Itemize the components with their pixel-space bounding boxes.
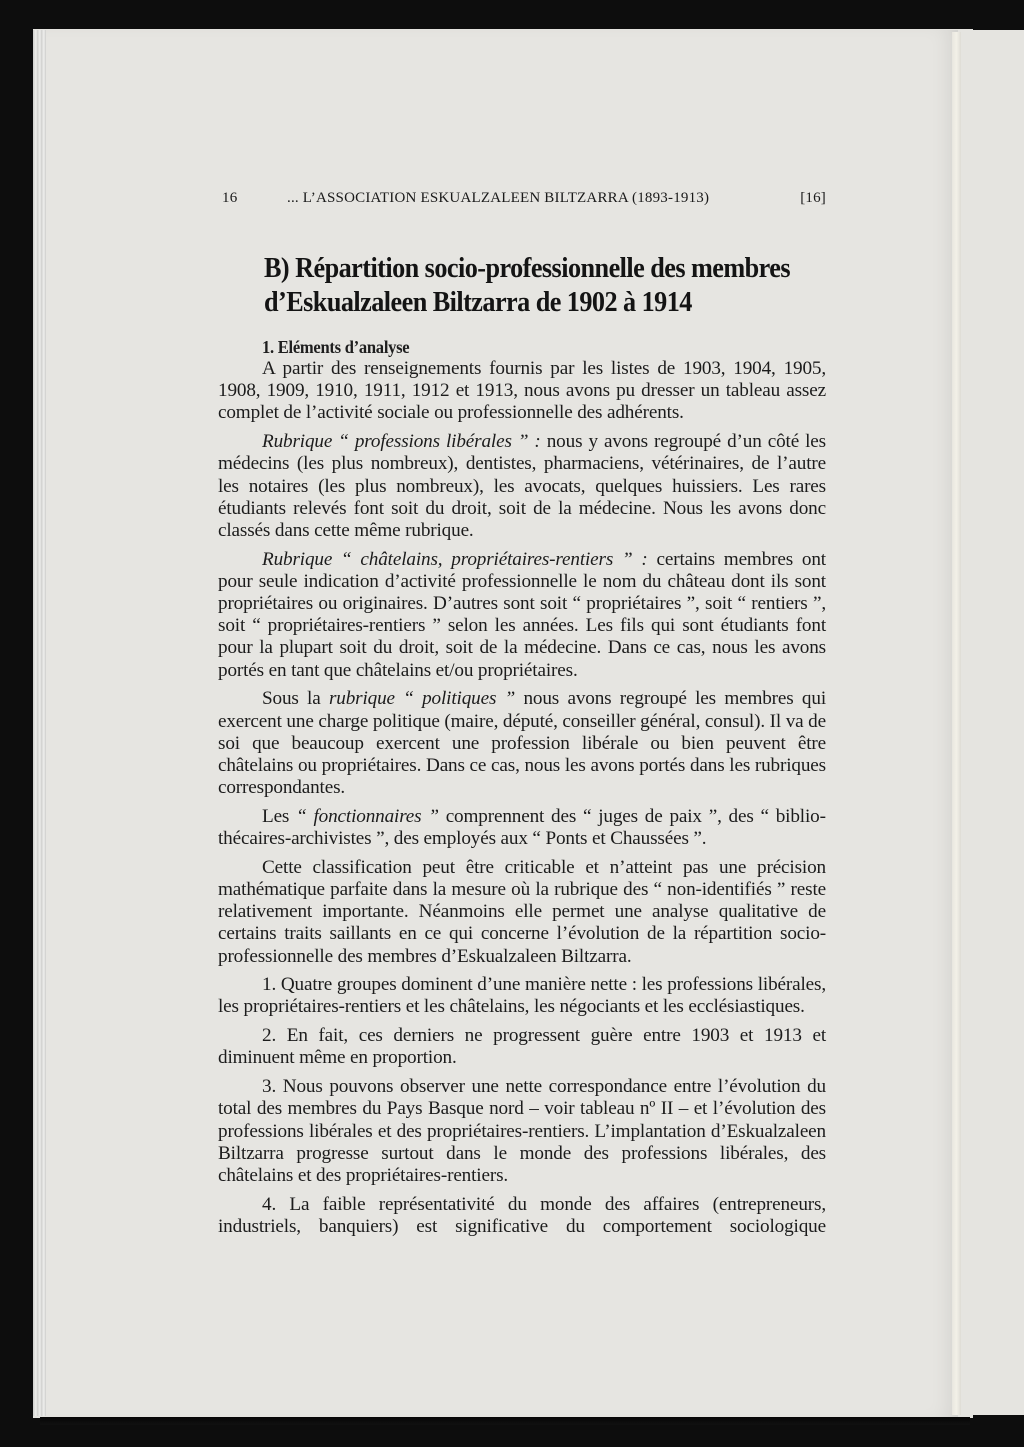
numbered-point: 4. La faible représentativité du monde d…: [218, 1194, 826, 1238]
paragraph: Rubrique “ professions libérales ” : nou…: [218, 431, 826, 542]
page-number: 16: [222, 190, 237, 207]
book-gutter: [952, 32, 961, 1415]
paragraph: A partir des renseignements fournis par …: [218, 358, 826, 425]
section-title: B) Répartition socio-professionnelle des…: [264, 252, 779, 320]
running-title: ... L’ASSOCIATION ESKUALZALEEN BILTZARRA…: [287, 190, 709, 207]
numbered-point: 1. Quatre groupes dominent d’une manière…: [218, 974, 826, 1018]
bracket-page-number: [16]: [800, 190, 826, 207]
numbered-point: 2. En fait, ces derniers ne progressent …: [218, 1025, 826, 1069]
facing-page-edge: [961, 30, 1024, 1415]
paragraph: Sous la rubrique “ politiques ” nous avo…: [218, 688, 826, 799]
body-text: A partir des renseignements fournis par …: [218, 358, 826, 1245]
subheading: 1. Eléments d’analyse: [262, 337, 409, 358]
rubric-label: Rubrique “ châtelains, propriétaires-ren…: [262, 549, 648, 570]
paragraph: Rubrique “ châtelains, propriétaires-ren…: [218, 549, 826, 682]
section-title-line-1: B) Répartition socio-professionnelle des…: [264, 252, 779, 286]
rubric-label: rubrique “ politiques ”: [329, 688, 515, 709]
page-shadow: [40, 1417, 970, 1425]
numbered-point: 3. Nous pouvons observer une nette corre…: [218, 1076, 826, 1187]
paragraph: Cette classification peut être criticabl…: [218, 857, 826, 968]
section-title-line-2: d’Eskualzaleen Biltzarra de 1902 à 1914: [264, 286, 779, 320]
page-edges: [33, 30, 47, 1416]
rubric-label: “ fonctionnaires ”: [296, 806, 439, 827]
paragraph: Les “ fonctionnaires ” comprennent des “…: [218, 806, 826, 850]
rubric-label: Rubrique “ professions libérales ” :: [262, 431, 541, 452]
